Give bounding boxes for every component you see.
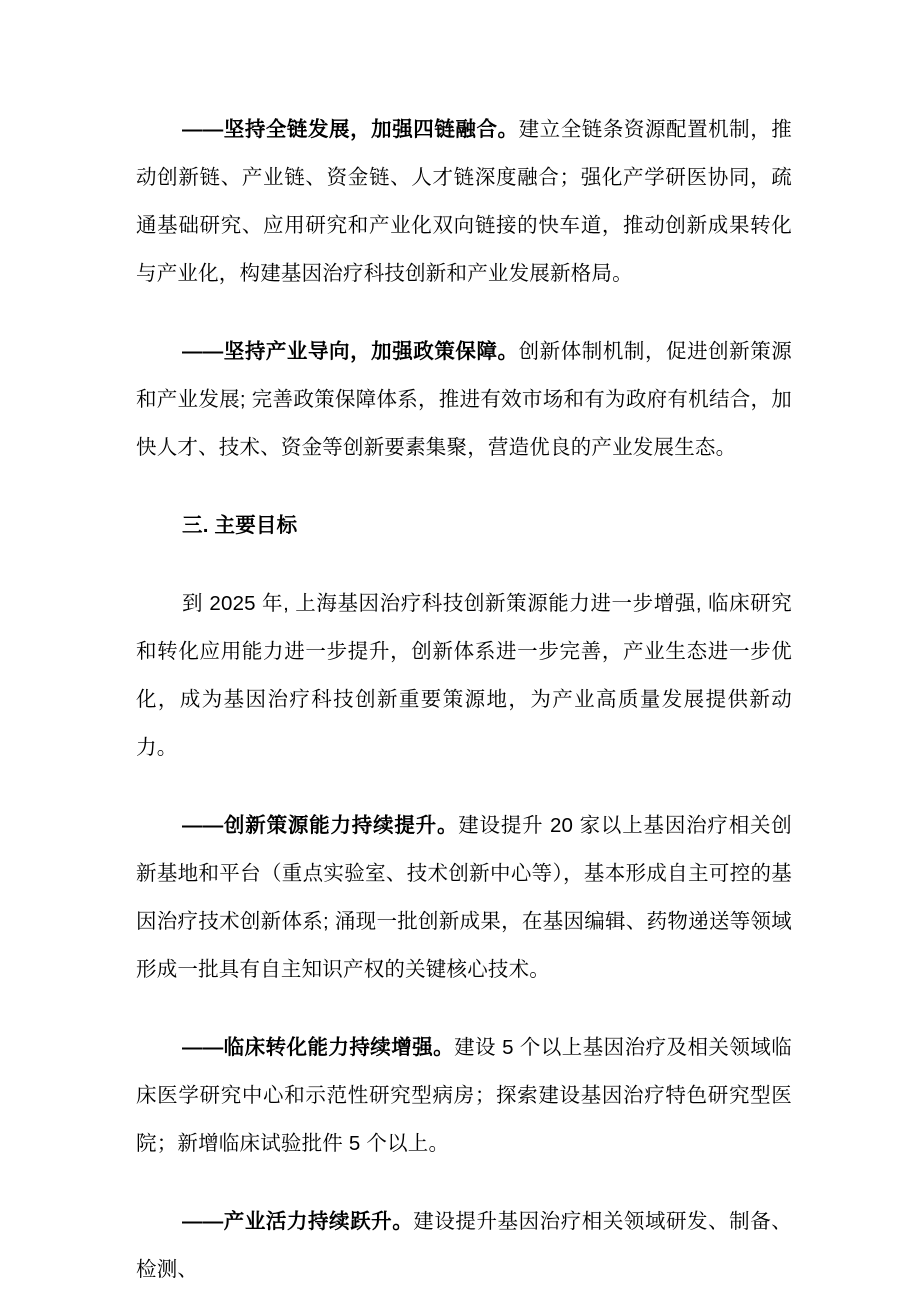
paragraph-lead-bold: ——临床转化能力持续增强。 bbox=[182, 1036, 454, 1059]
paragraph-lead-bold: ——创新策源能力持续提升。 bbox=[182, 814, 458, 837]
paragraph-lead-bold: ——坚持产业导向，加强政策保障。 bbox=[182, 340, 519, 363]
paragraph-text: 建立全链条资源配置机制，推动创新链、产业链、资金链、人才链深度融合；强化产学研医… bbox=[136, 118, 792, 285]
paragraph-text: 建设提升 20 家以上基因治疗相关创新基地和平台（重点实验室、技术创新中心等），… bbox=[136, 814, 792, 981]
paragraph-lead-bold: ——产业活力持续跃升。 bbox=[182, 1210, 413, 1233]
section-heading-main-goals: 三. 主要目标 bbox=[136, 502, 792, 550]
paragraph-goal-2025-overview: 到 2025 年, 上海基因治疗科技创新策源能力进一步增强, 临床研究和转化应用… bbox=[136, 580, 792, 772]
paragraph-principle-chain-development: ——坚持全链发展，加强四链融合。建立全链条资源配置机制，推动创新链、产业链、资金… bbox=[136, 106, 792, 298]
paragraph-text: 到 2025 年, 上海基因治疗科技创新策源能力进一步增强, 临床研究和转化应用… bbox=[136, 592, 792, 759]
document-page: ——坚持全链发展，加强四链融合。建立全链条资源配置机制，推动创新链、产业链、资金… bbox=[0, 0, 920, 1301]
paragraph-goal-industry-vitality: ——产业活力持续跃升。建设提升基因治疗相关领域研发、制备、检测、 bbox=[136, 1198, 792, 1294]
paragraph-lead-bold: ——坚持全链发展，加强四链融合。 bbox=[182, 118, 519, 141]
document-body: ——坚持全链发展，加强四链融合。建立全链条资源配置机制，推动创新链、产业链、资金… bbox=[136, 106, 792, 1294]
paragraph-goal-clinical-translation: ——临床转化能力持续增强。建设 5 个以上基因治疗及相关领域临床医学研究中心和示… bbox=[136, 1024, 792, 1168]
paragraph-goal-innovation-capability: ——创新策源能力持续提升。建设提升 20 家以上基因治疗相关创新基地和平台（重点… bbox=[136, 802, 792, 994]
paragraph-principle-industry-orientation: ——坚持产业导向，加强政策保障。创新体制机制，促进创新策源和产业发展; 完善政策… bbox=[136, 328, 792, 472]
heading-text: 三. 主要目标 bbox=[182, 514, 297, 537]
